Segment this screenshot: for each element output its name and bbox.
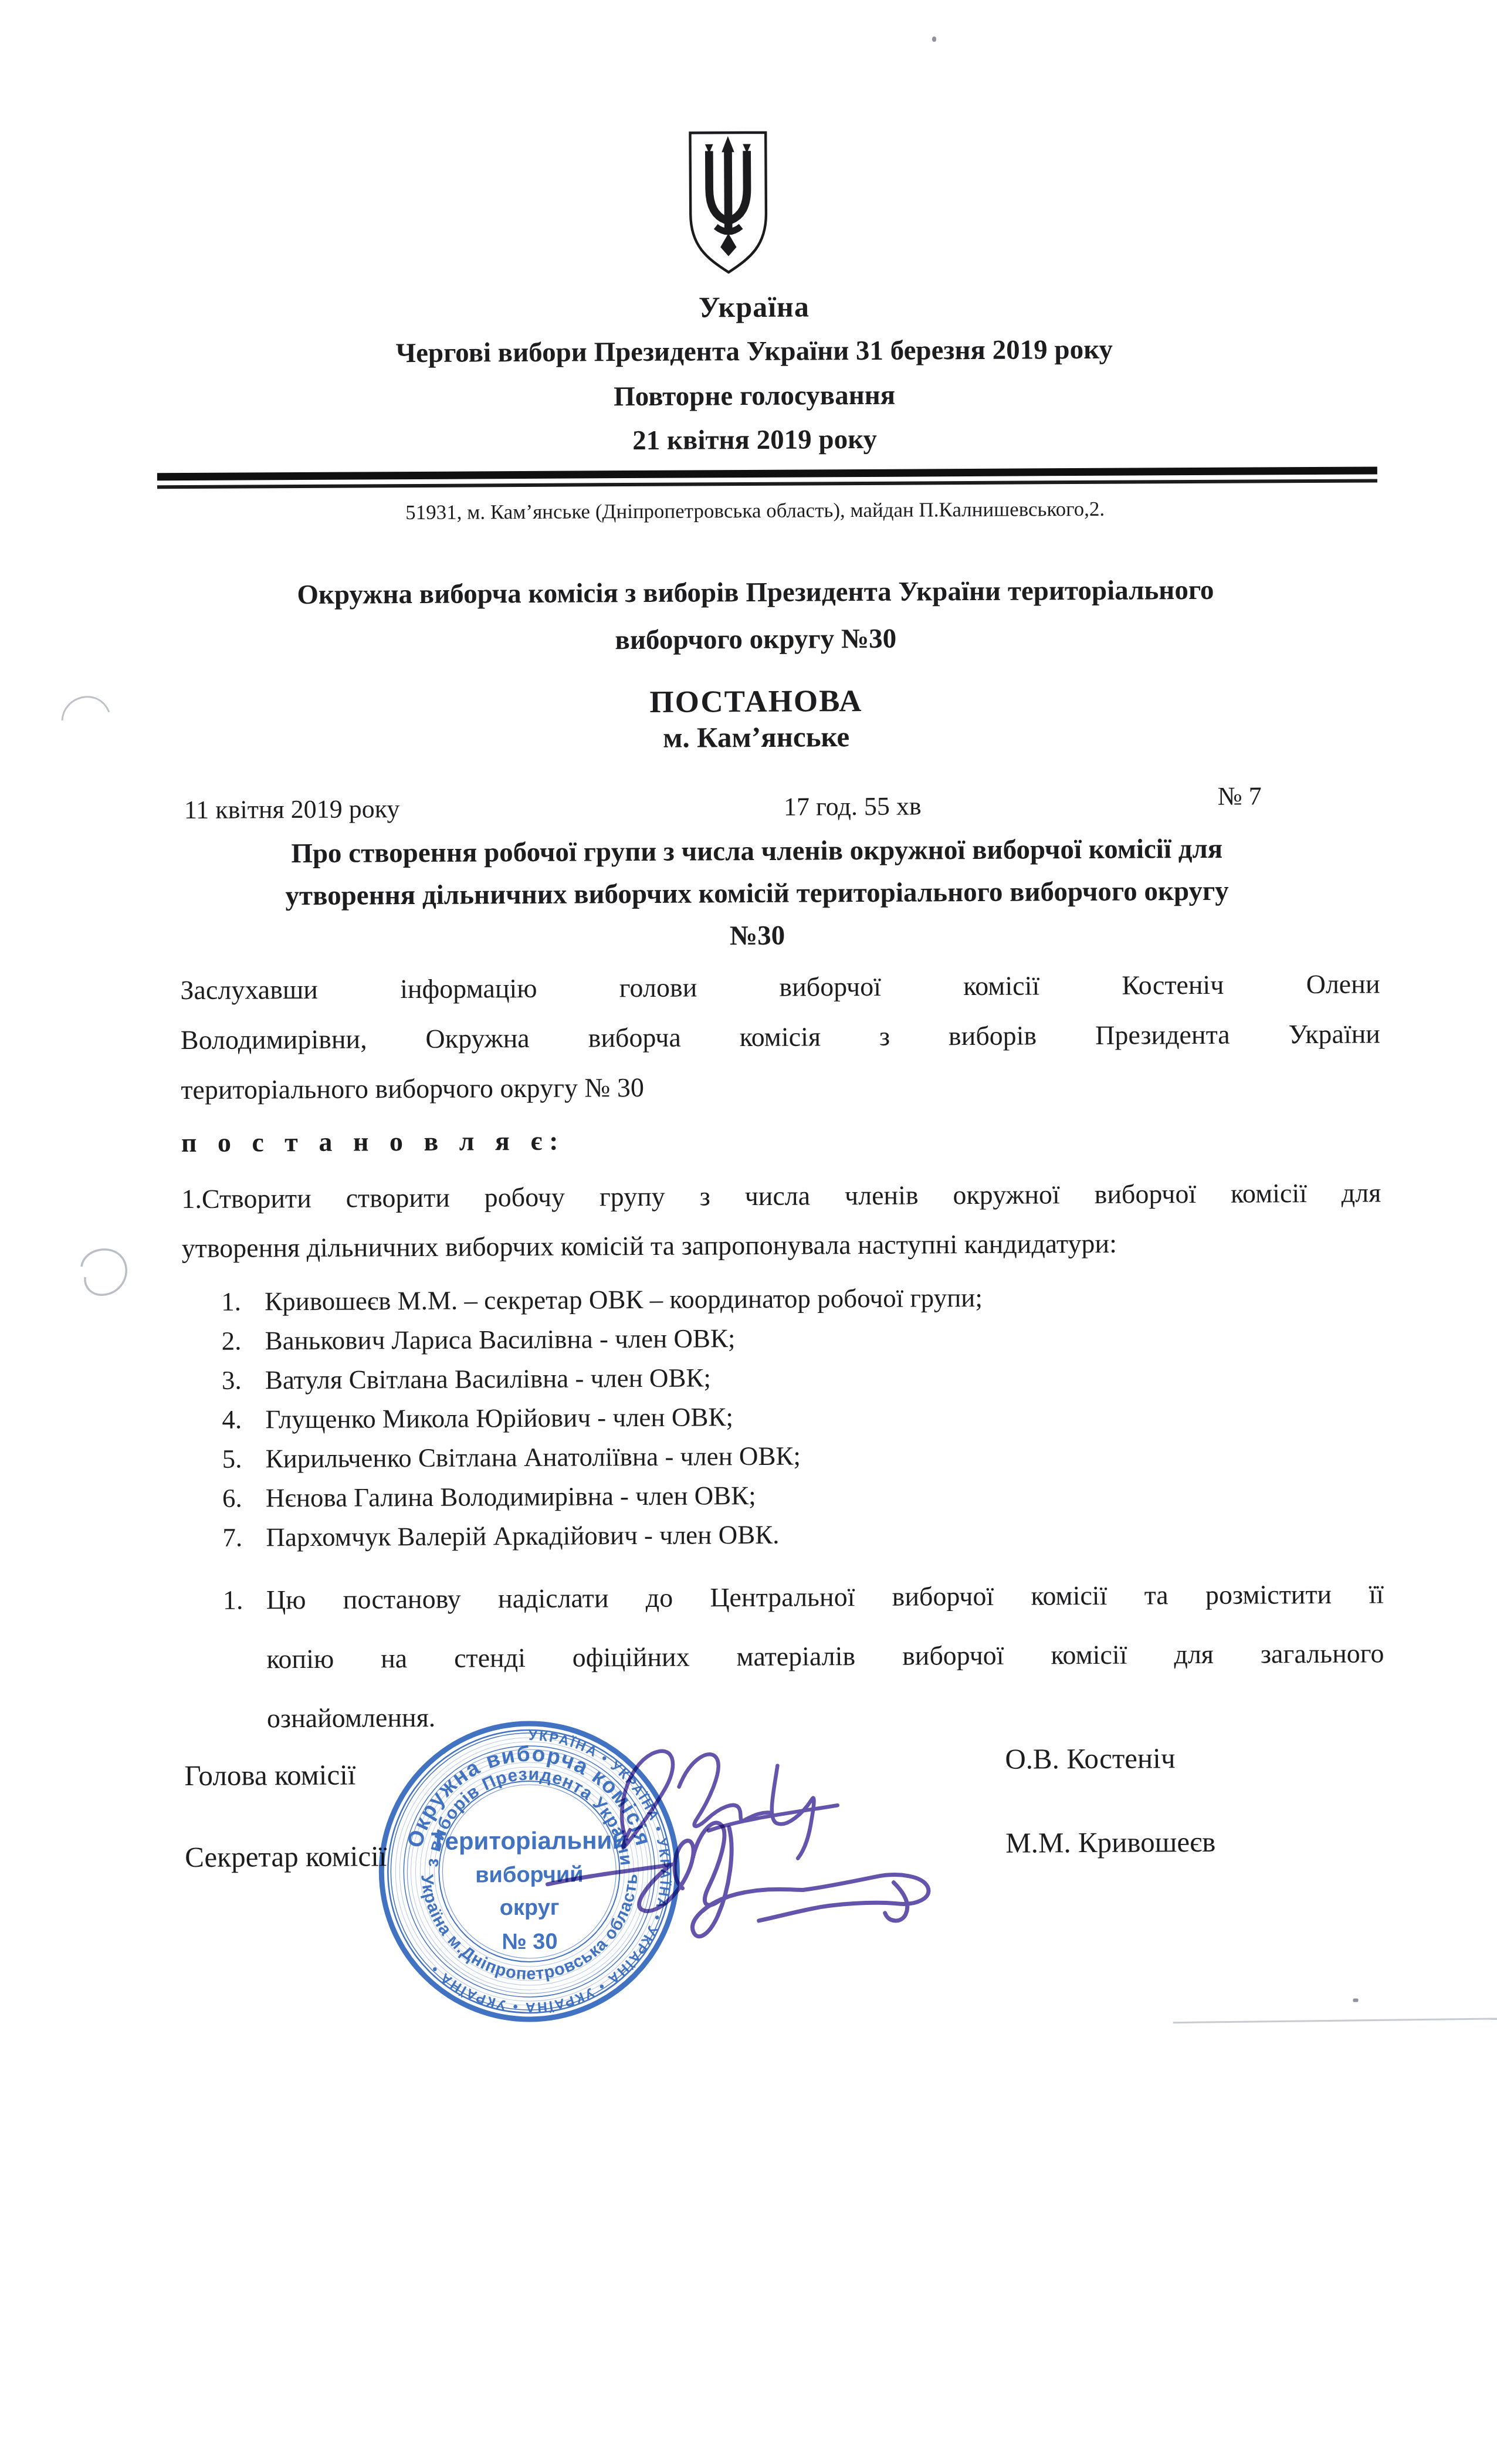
member-number: 1. <box>221 1286 265 1316</box>
member-number: 2. <box>221 1325 265 1356</box>
header-rule-thin <box>157 479 1377 489</box>
member-list-item: 5.Кирильченко Світлана Анатоліївна - чле… <box>222 1437 1384 1474</box>
scan-speck <box>1353 1999 1358 2002</box>
scan-artifact-circle <box>71 1238 136 1303</box>
final-item-line2: копію на стенді офіційних матеріалів виб… <box>266 1637 1384 1674</box>
signature-role-secretary: Секретар комісії <box>185 1839 387 1874</box>
ukraine-trident-emblem-icon <box>682 127 774 279</box>
member-text: Глущенко Микола Юрійович - член ОВК; <box>265 1402 733 1434</box>
member-text: Ватуля Світлана Василівна - член ОВК; <box>265 1363 711 1395</box>
document-place: м. Кам’янське <box>161 717 1352 757</box>
member-text: Кривошеєв М.М. – секретар ОВК – координа… <box>265 1283 983 1316</box>
scanned-document-page: Україна Чергові вибори Президента Україн… <box>0 0 1497 2464</box>
preamble-line2: Володимирівни, Окружна виборча комісія з… <box>181 1018 1380 1055</box>
resolves-label: п о с т а н о в л я є: <box>181 1125 565 1158</box>
subject-line2: утворення дільничних виборчих комісій те… <box>161 875 1352 913</box>
decree-number: № 7 <box>1218 781 1262 811</box>
member-list-item: 1.Кривошеєв М.М. – секретар ОВК – коорди… <box>221 1280 1383 1316</box>
member-list-item: 7.Пархомчук Валерій Аркадійович - член О… <box>222 1516 1384 1552</box>
secretary-signature-ink <box>536 1794 959 1972</box>
scan-artifact-arc <box>57 684 116 726</box>
member-number: 3. <box>222 1365 265 1395</box>
scan-content: Україна Чергові вибори Президента Україн… <box>0 0 1497 2464</box>
decree-meta-row: 11 квітня 2019 року 17 год. 55 хв № 7 <box>179 788 1379 830</box>
commission-title-line2: виборчого округу №30 <box>160 621 1351 659</box>
decree-time: 17 год. 55 хв <box>784 791 922 821</box>
member-list-item: 2.Ванькович Лариса Василівна - член ОВК; <box>221 1319 1383 1356</box>
signature-name-head: О.В. Костеніч <box>1005 1741 1175 1776</box>
member-list-item: 4.Глущенко Микола Юрійович - член ОВК; <box>222 1398 1383 1434</box>
item1-line2: утворення дільничних виборчих комісій та… <box>182 1226 1381 1264</box>
signature-role-head: Голова комісії <box>184 1758 355 1793</box>
commission-address: 51931, м. Кам’янське (Дніпропетровська о… <box>160 496 1350 526</box>
document-type: ПОСТАНОВА <box>161 681 1352 723</box>
country-title: Україна <box>158 287 1349 327</box>
scan-streak-line <box>1173 2018 1497 2023</box>
commission-title-line1: Окружна виборча комісія з виборів Презид… <box>160 574 1351 612</box>
preamble-line3: територіального виборчого округу № 30 <box>181 1068 1380 1105</box>
decree-date: 11 квітня 2019 року <box>184 794 400 825</box>
member-list-item: 6.Нєнова Галина Володимирівна - член ОВК… <box>222 1477 1384 1513</box>
subject-line1: Про створення робочої групи з числа член… <box>161 832 1352 871</box>
item1-line1: 1.Створити створити робочу групу з числа… <box>181 1177 1381 1214</box>
election-header-line2: Повторне голосування <box>159 377 1350 415</box>
final-item-line1: Цю постанову надіслати до Центральної ви… <box>266 1578 1384 1615</box>
member-number: 4. <box>222 1404 265 1434</box>
signature-name-secretary: М.М. Кривошеєв <box>1005 1825 1216 1860</box>
final-item-number: 1. <box>223 1585 243 1616</box>
member-text: Нєнова Галина Володимирівна - член ОВК; <box>266 1481 756 1512</box>
member-number: 6. <box>222 1483 266 1513</box>
member-number: 5. <box>222 1443 266 1474</box>
election-header-line1: Чергові вибори Президента України 31 бер… <box>159 333 1350 371</box>
scan-speck <box>932 36 936 42</box>
preamble-line1: Заслухавши інформацію голови виборчої ко… <box>180 968 1380 1006</box>
member-text: Ванькович Лариса Василівна - член ОВК; <box>265 1324 735 1355</box>
election-header-line3: 21 квітня 2019 року <box>159 421 1350 459</box>
member-list-item: 3.Ватуля Світлана Василівна - член ОВК; <box>222 1359 1383 1395</box>
subject-line3: №30 <box>162 917 1353 955</box>
member-number: 7. <box>222 1522 266 1552</box>
member-text: Кирильченко Світлана Анатоліївна - член … <box>266 1441 801 1474</box>
member-text: Пархомчук Валерій Аркадійович - член ОВК… <box>266 1520 779 1552</box>
header-rule-thick <box>157 466 1377 480</box>
